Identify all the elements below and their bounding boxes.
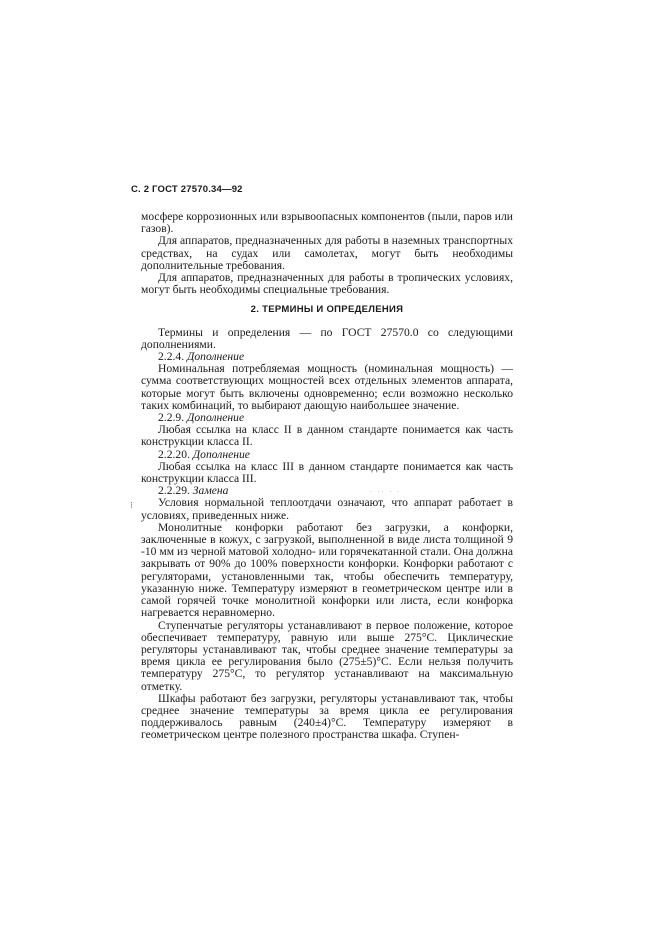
clause-text: Любая ссылка на класс III в данном станд…	[141, 461, 513, 485]
document-body: мосфере коррозионных или взрывоопасных к…	[141, 211, 513, 742]
body-paragraph-ovens: Шкафы работают без загрузки, регуляторы …	[141, 693, 513, 742]
clause-kind: Замена	[193, 484, 229, 497]
clause-text: Номинальная потребляемая мощность (номин…	[141, 363, 513, 412]
clause-kind: Дополнение	[193, 448, 250, 461]
scan-margin-mark: ⁝	[130, 500, 133, 511]
body-paragraph-hotplates: Монолитные конфорки работают без загрузк…	[141, 522, 513, 620]
intro-paragraph-3: Для аппаратов, предназначенных для работ…	[141, 272, 513, 296]
intro-paragraph-2: Для аппаратов, предназначенных для работ…	[141, 235, 513, 272]
clause-kind: Дополнение	[187, 411, 244, 424]
page-header: С. 2 ГОСТ 27570.34—92	[131, 184, 243, 195]
clause-number: 2.2.9.	[158, 411, 184, 424]
clause-text: Условия нормальной теплоотдачи означают,…	[141, 497, 513, 521]
clause-number: 2.2.20.	[158, 448, 190, 461]
clause-kind: Дополнение	[187, 350, 244, 363]
intro-paragraph-1: мосфере коррозионных или взрывоопасных к…	[141, 211, 513, 235]
section-title: 2. ТЕРМИНЫ И ОПРЕДЕЛЕНИЯ	[141, 304, 513, 316]
body-paragraph-regulators: Ступенчатые регуляторы устанавливают в п…	[141, 620, 513, 693]
scan-specks: · ·· · ·	[370, 489, 401, 495]
clause-number: 2.2.4.	[158, 350, 184, 363]
section-lead: Термины и определения — по ГОСТ 27570.0 …	[141, 327, 513, 351]
clause-text: Любая ссылка на класс II в данном станда…	[141, 424, 513, 448]
clause-number: 2.2.29.	[158, 484, 190, 497]
